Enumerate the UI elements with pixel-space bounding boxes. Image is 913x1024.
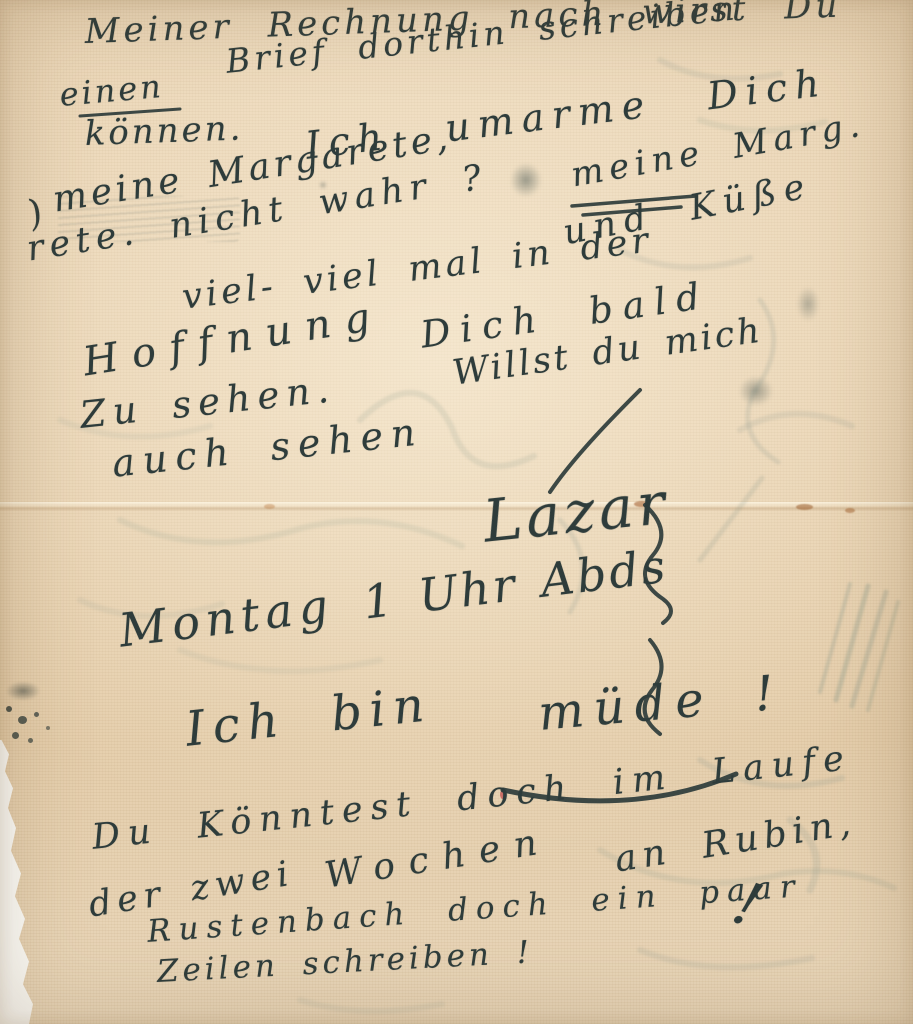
ink-blot: [504, 156, 548, 204]
handwriting-line: Wochen: [322, 820, 554, 896]
ink-speckle: [28, 738, 33, 743]
handwriting-line: Montag: [116, 578, 337, 658]
foxing-spot: [796, 504, 813, 510]
handwriting-line: können.: [84, 108, 244, 154]
handwriting-line: an Rubin,: [612, 802, 859, 881]
handwriting-line: müde !: [536, 665, 786, 742]
edge-ink-smudge: [0, 678, 46, 704]
handwriting-line: einen: [58, 67, 165, 114]
ink-blot: [792, 280, 824, 328]
foxing-spot: [845, 508, 855, 513]
handwriting-line: Ich bin: [183, 676, 435, 758]
ink-speckle: [46, 726, 50, 730]
ink-speckle: [6, 706, 12, 712]
insertion-mark: ): [22, 192, 48, 235]
ink-speckle: [18, 716, 27, 724]
ink-blot: [732, 370, 780, 412]
paper-tear: [0, 740, 50, 1024]
foxing-spot: [264, 504, 275, 509]
ink-speckle: [12, 732, 19, 739]
ink-speckle: [34, 712, 39, 717]
fold-crease: [0, 502, 913, 511]
letter-page: Meiner Rechnung nach wirst Du einen Brie…: [0, 0, 913, 1024]
